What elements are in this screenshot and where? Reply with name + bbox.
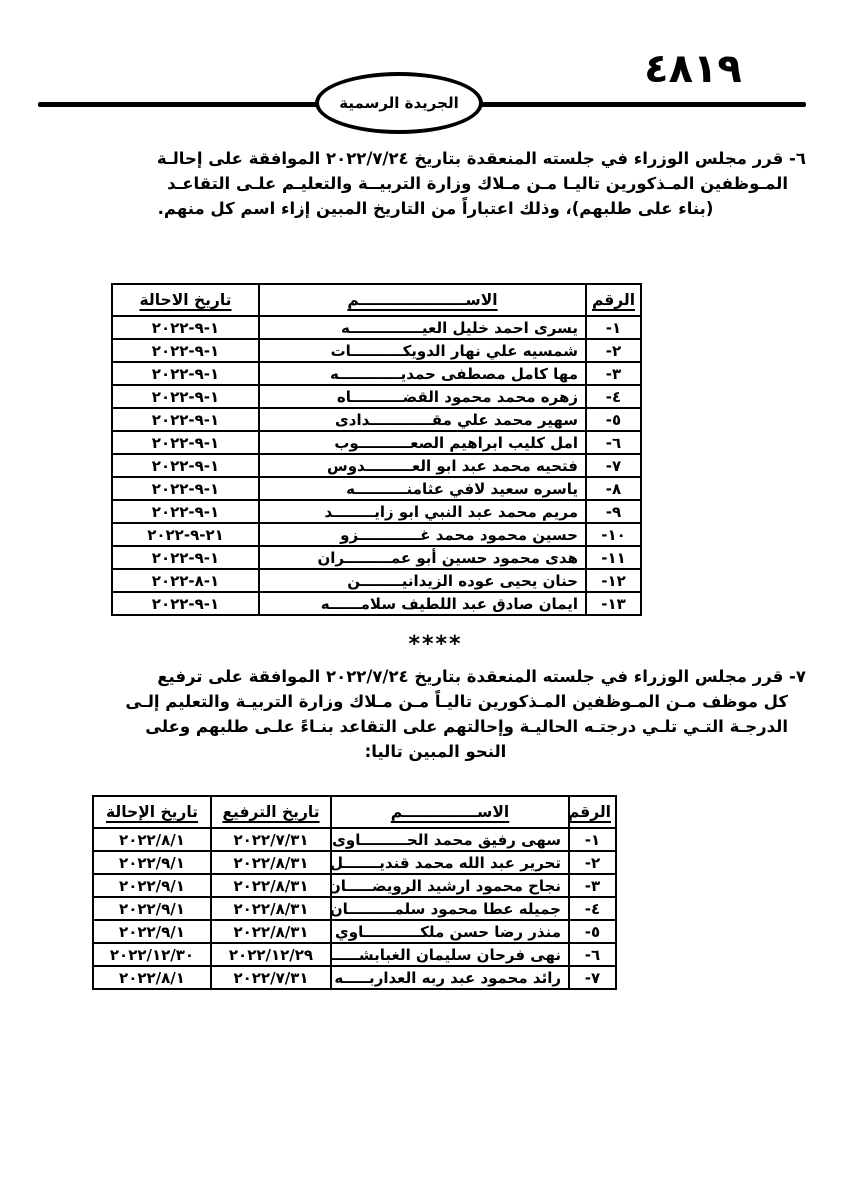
cell-name: فتحيه محمد عبد ابو العـــــــــدوس (259, 454, 586, 477)
cell-referral-date: ٢٠٢٢-٩-١ (112, 339, 259, 362)
cell-referral-date: ٢٠٢٢/١٢/٣٠ (93, 943, 211, 966)
cell-number: ٢- (586, 339, 641, 362)
decision-7-line-3: الدرجـة التـي تلـي درجتـه الحاليـة وإحال… (65, 714, 806, 739)
cell-referral-date: ٢٠٢٢/٩/١ (93, 851, 211, 874)
cell-name: سهير محمد علي مقــــــــــــدادى (259, 408, 586, 431)
table-row: ١-يسرى احمد خليل العيــــــــــــــه٢٠٢٢… (112, 316, 641, 339)
cell-referral-date: ٢٠٢٢-٩-١ (112, 385, 259, 408)
cell-promotion-date: ٢٠٢٢/٨/٣١ (211, 897, 331, 920)
section-separator: **** (65, 632, 806, 657)
cell-promotion-date: ٢٠٢٢/٧/٣١ (211, 966, 331, 989)
table-row: ٣-مها كامل مصطفى حمديــــــــــــه٢٠٢٢-٩… (112, 362, 641, 385)
table-row: ٥-سهير محمد علي مقــــــــــــدادى٢٠٢٢-٩… (112, 408, 641, 431)
cell-number: ٤- (569, 897, 616, 920)
cell-number: ١- (586, 316, 641, 339)
cell-number: ٢- (569, 851, 616, 874)
table-row: ٧-فتحيه محمد عبد ابو العـــــــــدوس٢٠٢٢… (112, 454, 641, 477)
column-header-number: الرقم (569, 796, 616, 828)
table-header-row: الرقم الاســــــــــــــــــــم تاريخ ال… (112, 284, 641, 316)
cell-referral-date: ٢٠٢٢-٩-١ (112, 454, 259, 477)
cell-number: ٧- (586, 454, 641, 477)
cell-number: ١٠- (586, 523, 641, 546)
cell-number: ١٣- (586, 592, 641, 615)
table-row: ٧-رائد محمود عبد ربه العداربـــــه٢٠٢٢/٧… (93, 966, 616, 989)
table-row: ١١-هدى محمود حسين أبو عمـــــــــران٢٠٢٢… (112, 546, 641, 569)
cell-promotion-date: ٢٠٢٢/١٢/٢٩ (211, 943, 331, 966)
table-row: ٣-نجاح محمود ارشيد الرويضـــــان٢٠٢٢/٨/٣… (93, 874, 616, 897)
table-row: ٨-ياسره سعيد لافي عثامنــــــــــه٢٠٢٢-٩… (112, 477, 641, 500)
table-row: ٢-تحرير عبد الله محمد قنديـــــــل٢٠٢٢/٨… (93, 851, 616, 874)
cell-name: سهى رفيق محمد الحـــــــــاوى (331, 828, 569, 851)
cell-number: ١٢- (586, 569, 641, 592)
cell-name: يسرى احمد خليل العيــــــــــــــه (259, 316, 586, 339)
cell-referral-date: ٢٠٢٢-٩-١ (112, 500, 259, 523)
table-header-row: الرقم الاســــــــــــــم تاريخ الترفيع … (93, 796, 616, 828)
cell-promotion-date: ٢٠٢٢/٨/٣١ (211, 920, 331, 943)
cell-number: ١- (569, 828, 616, 851)
cell-name: تحرير عبد الله محمد قنديـــــــل (331, 851, 569, 874)
cell-number: ٨- (586, 477, 641, 500)
cell-name: مها كامل مصطفى حمديــــــــــــه (259, 362, 586, 385)
decision-7-line-1: ٧- قرر مجلس الوزراء في جلسته المنعقدة بت… (65, 664, 806, 689)
column-header-promotion-date: تاريخ الترفيع (211, 796, 331, 828)
cell-promotion-date: ٢٠٢٢/٨/٣١ (211, 874, 331, 897)
table-row: ٦-امل كليب ابراهيم الصعــــــــــوب٢٠٢٢-… (112, 431, 641, 454)
cell-number: ٥- (569, 920, 616, 943)
cell-name: ياسره سعيد لافي عثامنــــــــــه (259, 477, 586, 500)
cell-number: ١١- (586, 546, 641, 569)
page-number: ٤٨١٩ (628, 46, 758, 92)
column-header-name: الاســــــــــــــم (331, 796, 569, 828)
cell-name: نجاح محمود ارشيد الرويضـــــان (331, 874, 569, 897)
table-row: ٥-منذر رضا حسن ملكـــــــــــاوي٢٠٢٢/٨/٣… (93, 920, 616, 943)
cell-number: ٣- (569, 874, 616, 897)
cell-name: منذر رضا حسن ملكـــــــــــاوي (331, 920, 569, 943)
cell-referral-date: ٢٠٢٢-٩-٢١ (112, 523, 259, 546)
table-row: ١-سهى رفيق محمد الحـــــــــاوى٢٠٢٢/٧/٣١… (93, 828, 616, 851)
table-row: ١٠-حسين محمود محمد غــــــــــــزو٢٠٢٢-٩… (112, 523, 641, 546)
cell-name: امل كليب ابراهيم الصعــــــــــوب (259, 431, 586, 454)
cell-number: ٦- (586, 431, 641, 454)
cell-number: ٤- (586, 385, 641, 408)
decision-6-line-2: المـوظفين المـذكورين تاليـا مـن مـلاك وز… (65, 171, 806, 196)
cell-number: ٥- (586, 408, 641, 431)
cell-referral-date: ٢٠٢٢-٩-١ (112, 546, 259, 569)
cell-promotion-date: ٢٠٢٢/٧/٣١ (211, 828, 331, 851)
table-row: ٤-زهره محمد محمود القضــــــــــاه٢٠٢٢-٩… (112, 385, 641, 408)
table-row: ١٣-ايمان صادق عبد اللطيف سلامــــــه٢٠٢٢… (112, 592, 641, 615)
cell-referral-date: ٢٠٢٢/٨/١ (93, 966, 211, 989)
decision-7-line-2: كل موظف مـن المـوظفين المـذكورين تاليـاً… (65, 689, 806, 714)
cell-referral-date: ٢٠٢٢/٨/١ (93, 828, 211, 851)
decision-6-paragraph: ٦- قرر مجلس الوزراء في جلسته المنعقدة بت… (65, 146, 806, 221)
table-row: ٢-شمسيه علي نهار الدويكــــــــــات٢٠٢٢-… (112, 339, 641, 362)
column-header-referral-date: تاريخ الإحالة (93, 796, 211, 828)
decision-7-paragraph: ٧- قرر مجلس الوزراء في جلسته المنعقدة بت… (65, 664, 806, 764)
cell-referral-date: ٢٠٢٢-٩-١ (112, 592, 259, 615)
column-header-name: الاســــــــــــــــــــم (259, 284, 586, 316)
cell-referral-date: ٢٠٢٢-٨-١ (112, 569, 259, 592)
cell-name: حنان يحيى عوده الزيدانيــــــــن (259, 569, 586, 592)
cell-referral-date: ٢٠٢٢-٩-١ (112, 408, 259, 431)
cell-number: ٩- (586, 500, 641, 523)
cell-name: ايمان صادق عبد اللطيف سلامــــــه (259, 592, 586, 615)
cell-referral-date: ٢٠٢٢-٩-١ (112, 362, 259, 385)
decision-6-line-1: ٦- قرر مجلس الوزراء في جلسته المنعقدة بت… (65, 146, 806, 171)
gazette-banner-label: الجريدة الرسمية (339, 94, 458, 112)
cell-referral-date: ٢٠٢٢-٩-١ (112, 316, 259, 339)
cell-name: رائد محمود عبد ربه العداربـــــه (331, 966, 569, 989)
table-row: ٤-جميله عطا محمود سلمـــــــــان٢٠٢٢/٨/٣… (93, 897, 616, 920)
table-row: ١٢-حنان يحيى عوده الزيدانيــــــــن٢٠٢٢-… (112, 569, 641, 592)
table-row: ٩-مريم محمد عبد النبي ابو زايــــــــد٢٠… (112, 500, 641, 523)
decision-7-line-4: النحو المبين تاليا: (65, 739, 806, 764)
retirement-table: الرقم الاســــــــــــــــــــم تاريخ ال… (111, 283, 642, 616)
cell-name: زهره محمد محمود القضــــــــــاه (259, 385, 586, 408)
column-header-number: الرقم (586, 284, 641, 316)
promotion-table: الرقم الاســــــــــــــم تاريخ الترفيع … (92, 795, 617, 990)
cell-name: حسين محمود محمد غــــــــــــزو (259, 523, 586, 546)
cell-referral-date: ٢٠٢٢/٩/١ (93, 920, 211, 943)
cell-name: شمسيه علي نهار الدويكــــــــــات (259, 339, 586, 362)
cell-referral-date: ٢٠٢٢-٩-١ (112, 477, 259, 500)
cell-name: نهى فرحان سليمان الغبابشـــــة (331, 943, 569, 966)
cell-name: مريم محمد عبد النبي ابو زايــــــــد (259, 500, 586, 523)
table-row: ٦-نهى فرحان سليمان الغبابشـــــة٢٠٢٢/١٢/… (93, 943, 616, 966)
gazette-page: ٤٨١٩ الجريدة الرسمية ٦- قرر مجلس الوزراء… (0, 0, 850, 1192)
cell-referral-date: ٢٠٢٢/٩/١ (93, 897, 211, 920)
cell-referral-date: ٢٠٢٢-٩-١ (112, 431, 259, 454)
cell-promotion-date: ٢٠٢٢/٨/٣١ (211, 851, 331, 874)
decision-6-line-3: (بناء على طلبهم)، وذلك اعتباراً من التار… (65, 196, 806, 221)
cell-number: ٦- (569, 943, 616, 966)
cell-number: ٣- (586, 362, 641, 385)
gazette-banner: الجريدة الرسمية (315, 72, 483, 134)
cell-number: ٧- (569, 966, 616, 989)
cell-referral-date: ٢٠٢٢/٩/١ (93, 874, 211, 897)
cell-name: جميله عطا محمود سلمـــــــــان (331, 897, 569, 920)
column-header-referral-date: تاريخ الاحالة (112, 284, 259, 316)
cell-name: هدى محمود حسين أبو عمـــــــــران (259, 546, 586, 569)
